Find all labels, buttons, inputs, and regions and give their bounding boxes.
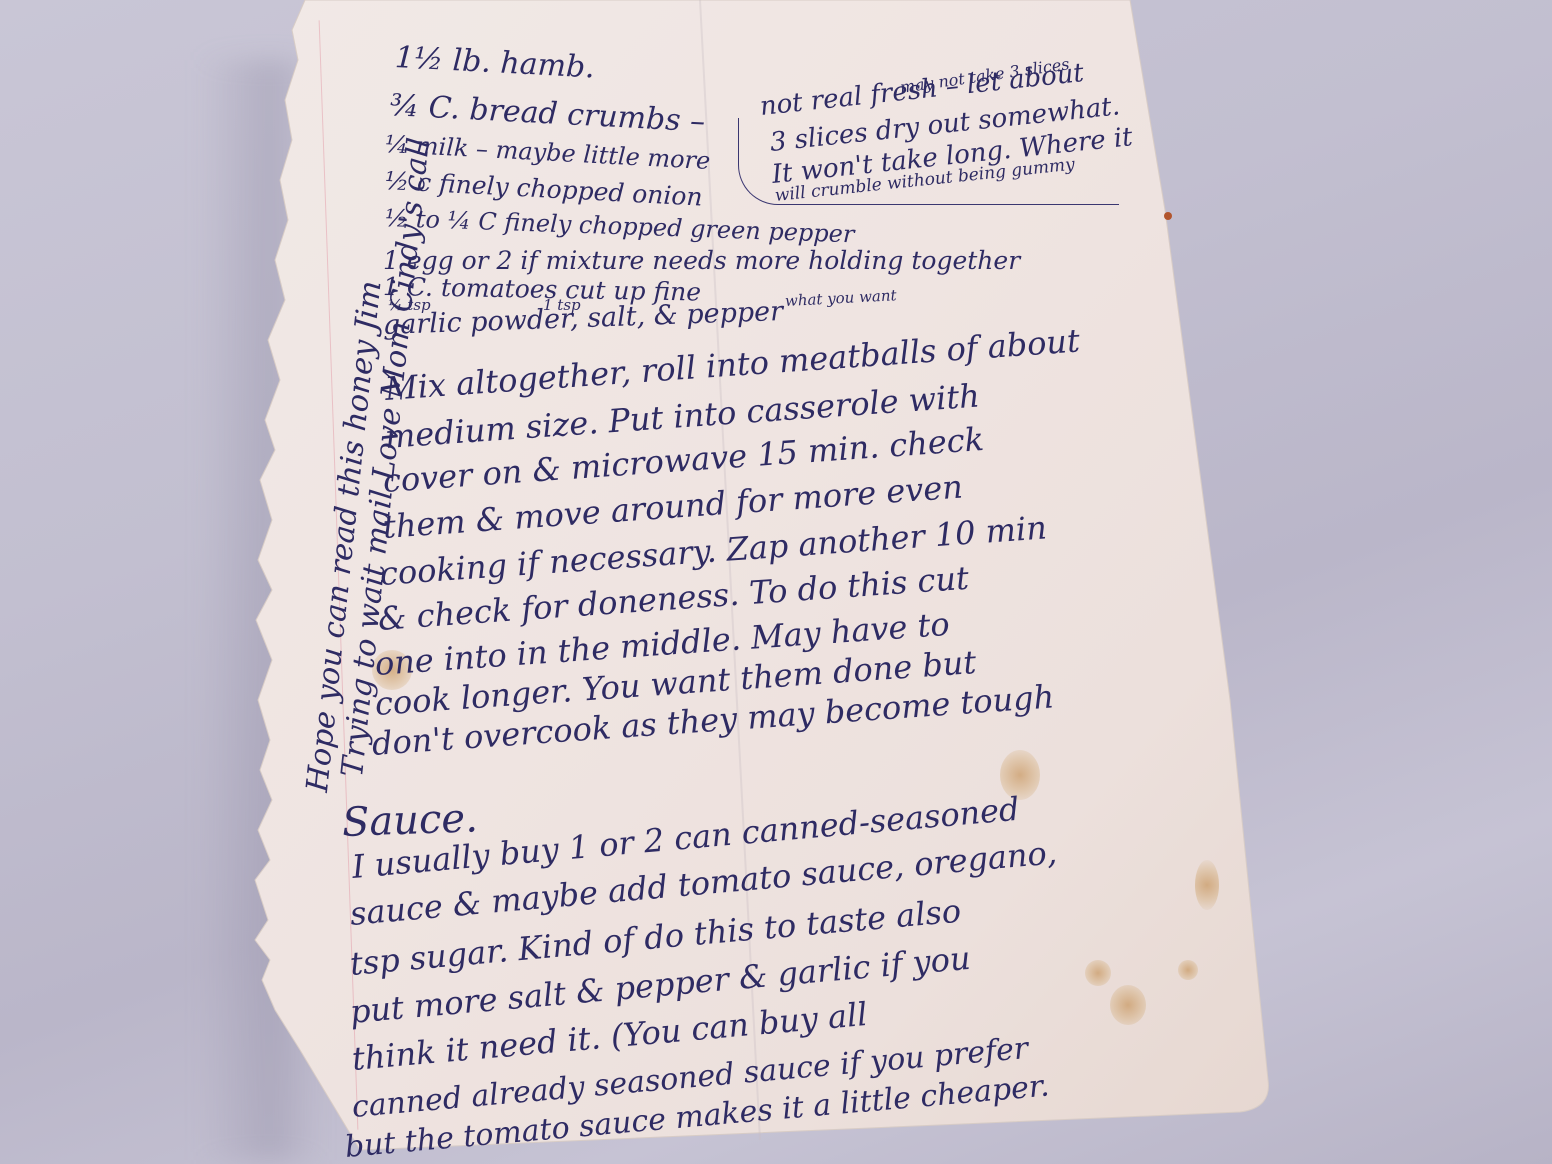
stain	[1110, 985, 1146, 1025]
stain	[1195, 860, 1219, 910]
ingredient-line: 1 egg or 2 if mixture needs more holding…	[383, 246, 1020, 275]
salt-amount-note: 1 tsp	[543, 296, 581, 314]
stain	[1085, 960, 1111, 986]
recipe-paper: 1½ lb. hamb. ¾ C. bread crumbs – ¼ milk …	[0, 0, 1552, 1164]
stain	[1178, 960, 1198, 980]
